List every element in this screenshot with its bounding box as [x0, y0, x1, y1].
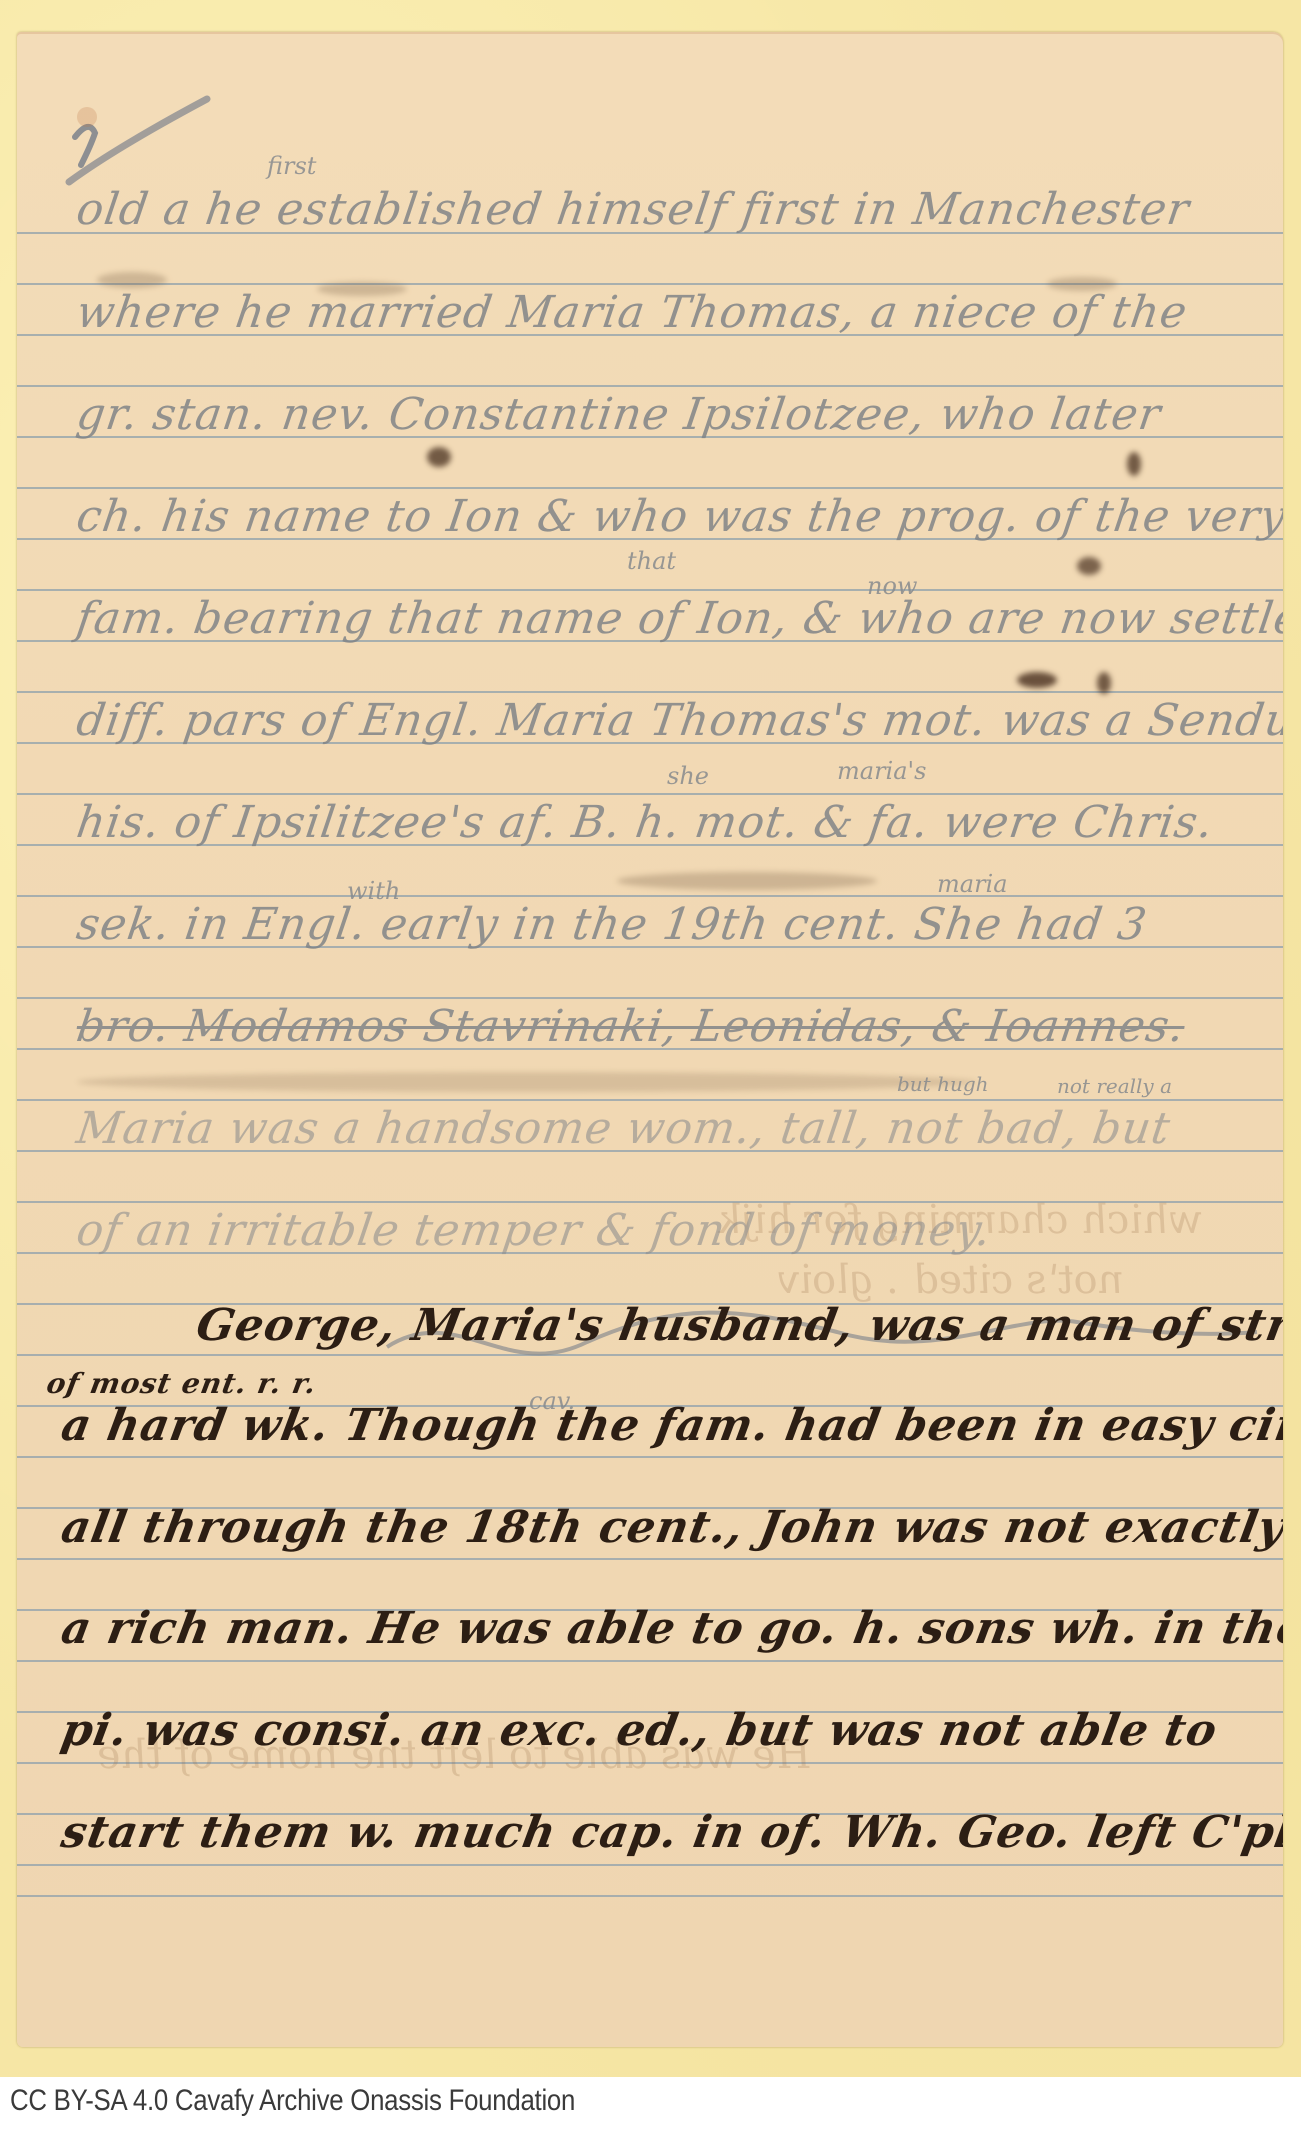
page-number-mark: 9 [57, 87, 217, 187]
pencil-line-11: of an irritable temper & fond of money. [73, 1205, 994, 1256]
manuscript-page: 9 which charming for hijk not's cited . … [17, 32, 1283, 2047]
pencil-line-8: sek. in Engl. early in the 19th cent. Sh… [73, 899, 1150, 950]
ink-blot [1127, 452, 1141, 476]
ink-line-3: all through the 18th cent., John was not… [58, 1502, 1283, 1553]
interlinear-note: maria [937, 870, 1008, 898]
ink-smudge [617, 872, 877, 890]
pencil-line-7: his. of Ipsilitzee's af. B. h. mot. & fa… [73, 797, 1216, 848]
interlinear-note: now [867, 572, 917, 600]
ink-smudge [97, 272, 167, 288]
pencil-slash-icon [57, 87, 217, 187]
ruled-line [17, 1895, 1283, 1897]
ruled-line [17, 691, 1283, 693]
ruled-line [17, 385, 1283, 387]
ink-line-1: George, Maria's husband, was a man of st… [193, 1300, 1283, 1351]
ink-blot [427, 447, 451, 467]
pencil-line-4: ch. his name to Ion & who was the prog. … [73, 491, 1283, 542]
ink-blot [1077, 557, 1101, 575]
interlinear-note: maria's [837, 757, 926, 785]
ruled-line [17, 1660, 1283, 1662]
interlinear-note: she [667, 762, 709, 790]
ruled-line [17, 1864, 1283, 1866]
interlinear-note: but hugh [897, 1072, 989, 1096]
ink-line-insert: of most ent. r. r. [44, 1367, 319, 1400]
ink-line-6: start them w. much cap. in of. Wh. Geo. … [58, 1807, 1283, 1858]
bleed-through-text: not's cited . gloiv [774, 1257, 1127, 1303]
ruled-line [17, 1456, 1283, 1458]
interlinear-note: not really a [1057, 1074, 1172, 1098]
ink-line-2: a hard wk. Though the fam. had been in e… [58, 1400, 1283, 1451]
pencil-line-10: Maria was a handsome wom., tall, not bad… [73, 1103, 1173, 1154]
ruled-line [17, 997, 1283, 999]
pencil-line-5: fam. bearing that name of Ion, & who are… [73, 593, 1283, 644]
pencil-line-9: bro. Modamos Stavrinaki, Leonidas, & Ioa… [73, 1001, 1188, 1052]
interlinear-note: with [347, 877, 400, 905]
ink-line-4: a rich man. He was able to go. h. sons w… [58, 1603, 1283, 1654]
ink-blot [1017, 672, 1057, 688]
ink-blot [1097, 672, 1111, 694]
pencil-line-6: diff. pars of Engl. Maria Thomas's mot. … [73, 695, 1283, 746]
ink-smudge [77, 1072, 977, 1092]
copyright-credit: CC BY-SA 4.0 Cavafy Archive Onassis Foun… [10, 2084, 575, 2128]
pencil-line-1: old a he established himself first in Ma… [73, 184, 1193, 235]
ruled-line [17, 895, 1283, 897]
interlinear-note: first [267, 152, 316, 180]
pencil-line-2: where he married Maria Thomas, a niece o… [73, 287, 1190, 338]
ruled-line [17, 793, 1283, 795]
ruled-line [17, 1099, 1283, 1101]
ruled-line [17, 487, 1283, 489]
ruled-line [17, 1558, 1283, 1560]
pencil-line-3: gr. stan. nev. Constantine Ipsilotzee, w… [73, 389, 1164, 440]
ruled-line [17, 589, 1283, 591]
ink-line-5: pi. was consi. an exc. ed., but was not … [58, 1705, 1222, 1756]
interlinear-note: that [627, 547, 676, 575]
